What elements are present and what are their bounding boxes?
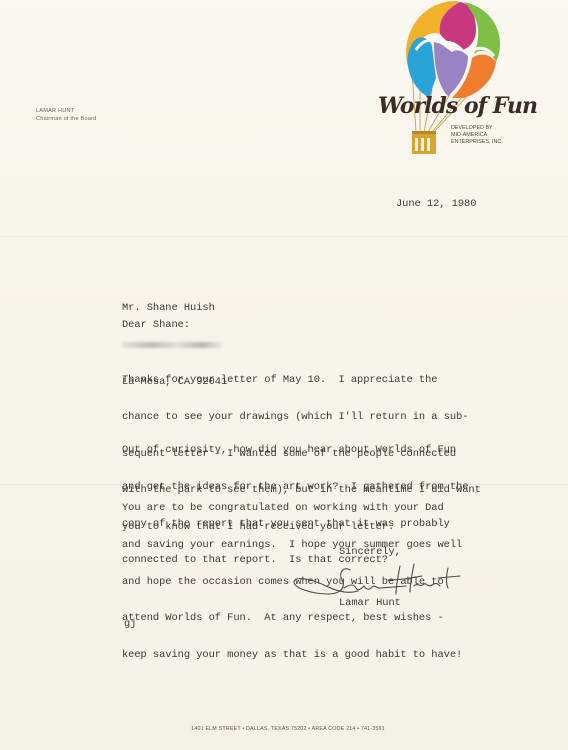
signer-name: Lamar Hunt <box>339 597 401 609</box>
letterhead-sender: LAMAR HUNT Chairman of the Board <box>36 107 96 123</box>
body-line: and saving your earnings. I hope your su… <box>122 539 462 551</box>
recipient-name: Mr. Shane Huish <box>122 302 227 314</box>
developed-by-line: DEVELOPED BY <box>451 125 503 132</box>
fold-line <box>0 236 568 237</box>
worlds-of-fun-wordmark: Worlds of Fun <box>378 93 537 119</box>
closing: Sincerely, <box>339 546 401 558</box>
letterhead-name: LAMAR HUNT <box>36 107 96 115</box>
signature-icon <box>288 558 463 602</box>
typist-initials: gj <box>124 618 136 630</box>
body-line: keep saving your money as that is a good… <box>122 649 462 661</box>
developed-by-line: MID-AMERICA <box>451 132 503 139</box>
salutation: Dear Shane: <box>122 319 190 331</box>
developed-by-line: ENTERPRISES, INC. <box>451 139 503 146</box>
body-line: Thanks for your letter of May 10. I appr… <box>122 374 481 386</box>
letterhead-footer-address: 1401 ELM STREET • DALLAS, TEXAS 75202 • … <box>0 726 568 732</box>
body-line: attend Worlds of Fun. At any respect, be… <box>122 612 462 624</box>
letterhead-title: Chairman of the Board <box>36 115 96 123</box>
letter-date: June 12, 1980 <box>396 198 476 210</box>
body-line: Out of curiosity, how did you hear about… <box>122 444 468 456</box>
body-line: You are to be congratulated on working w… <box>122 502 462 514</box>
developed-by-text: DEVELOPED BY MID-AMERICA ENTERPRISES, IN… <box>451 125 503 147</box>
